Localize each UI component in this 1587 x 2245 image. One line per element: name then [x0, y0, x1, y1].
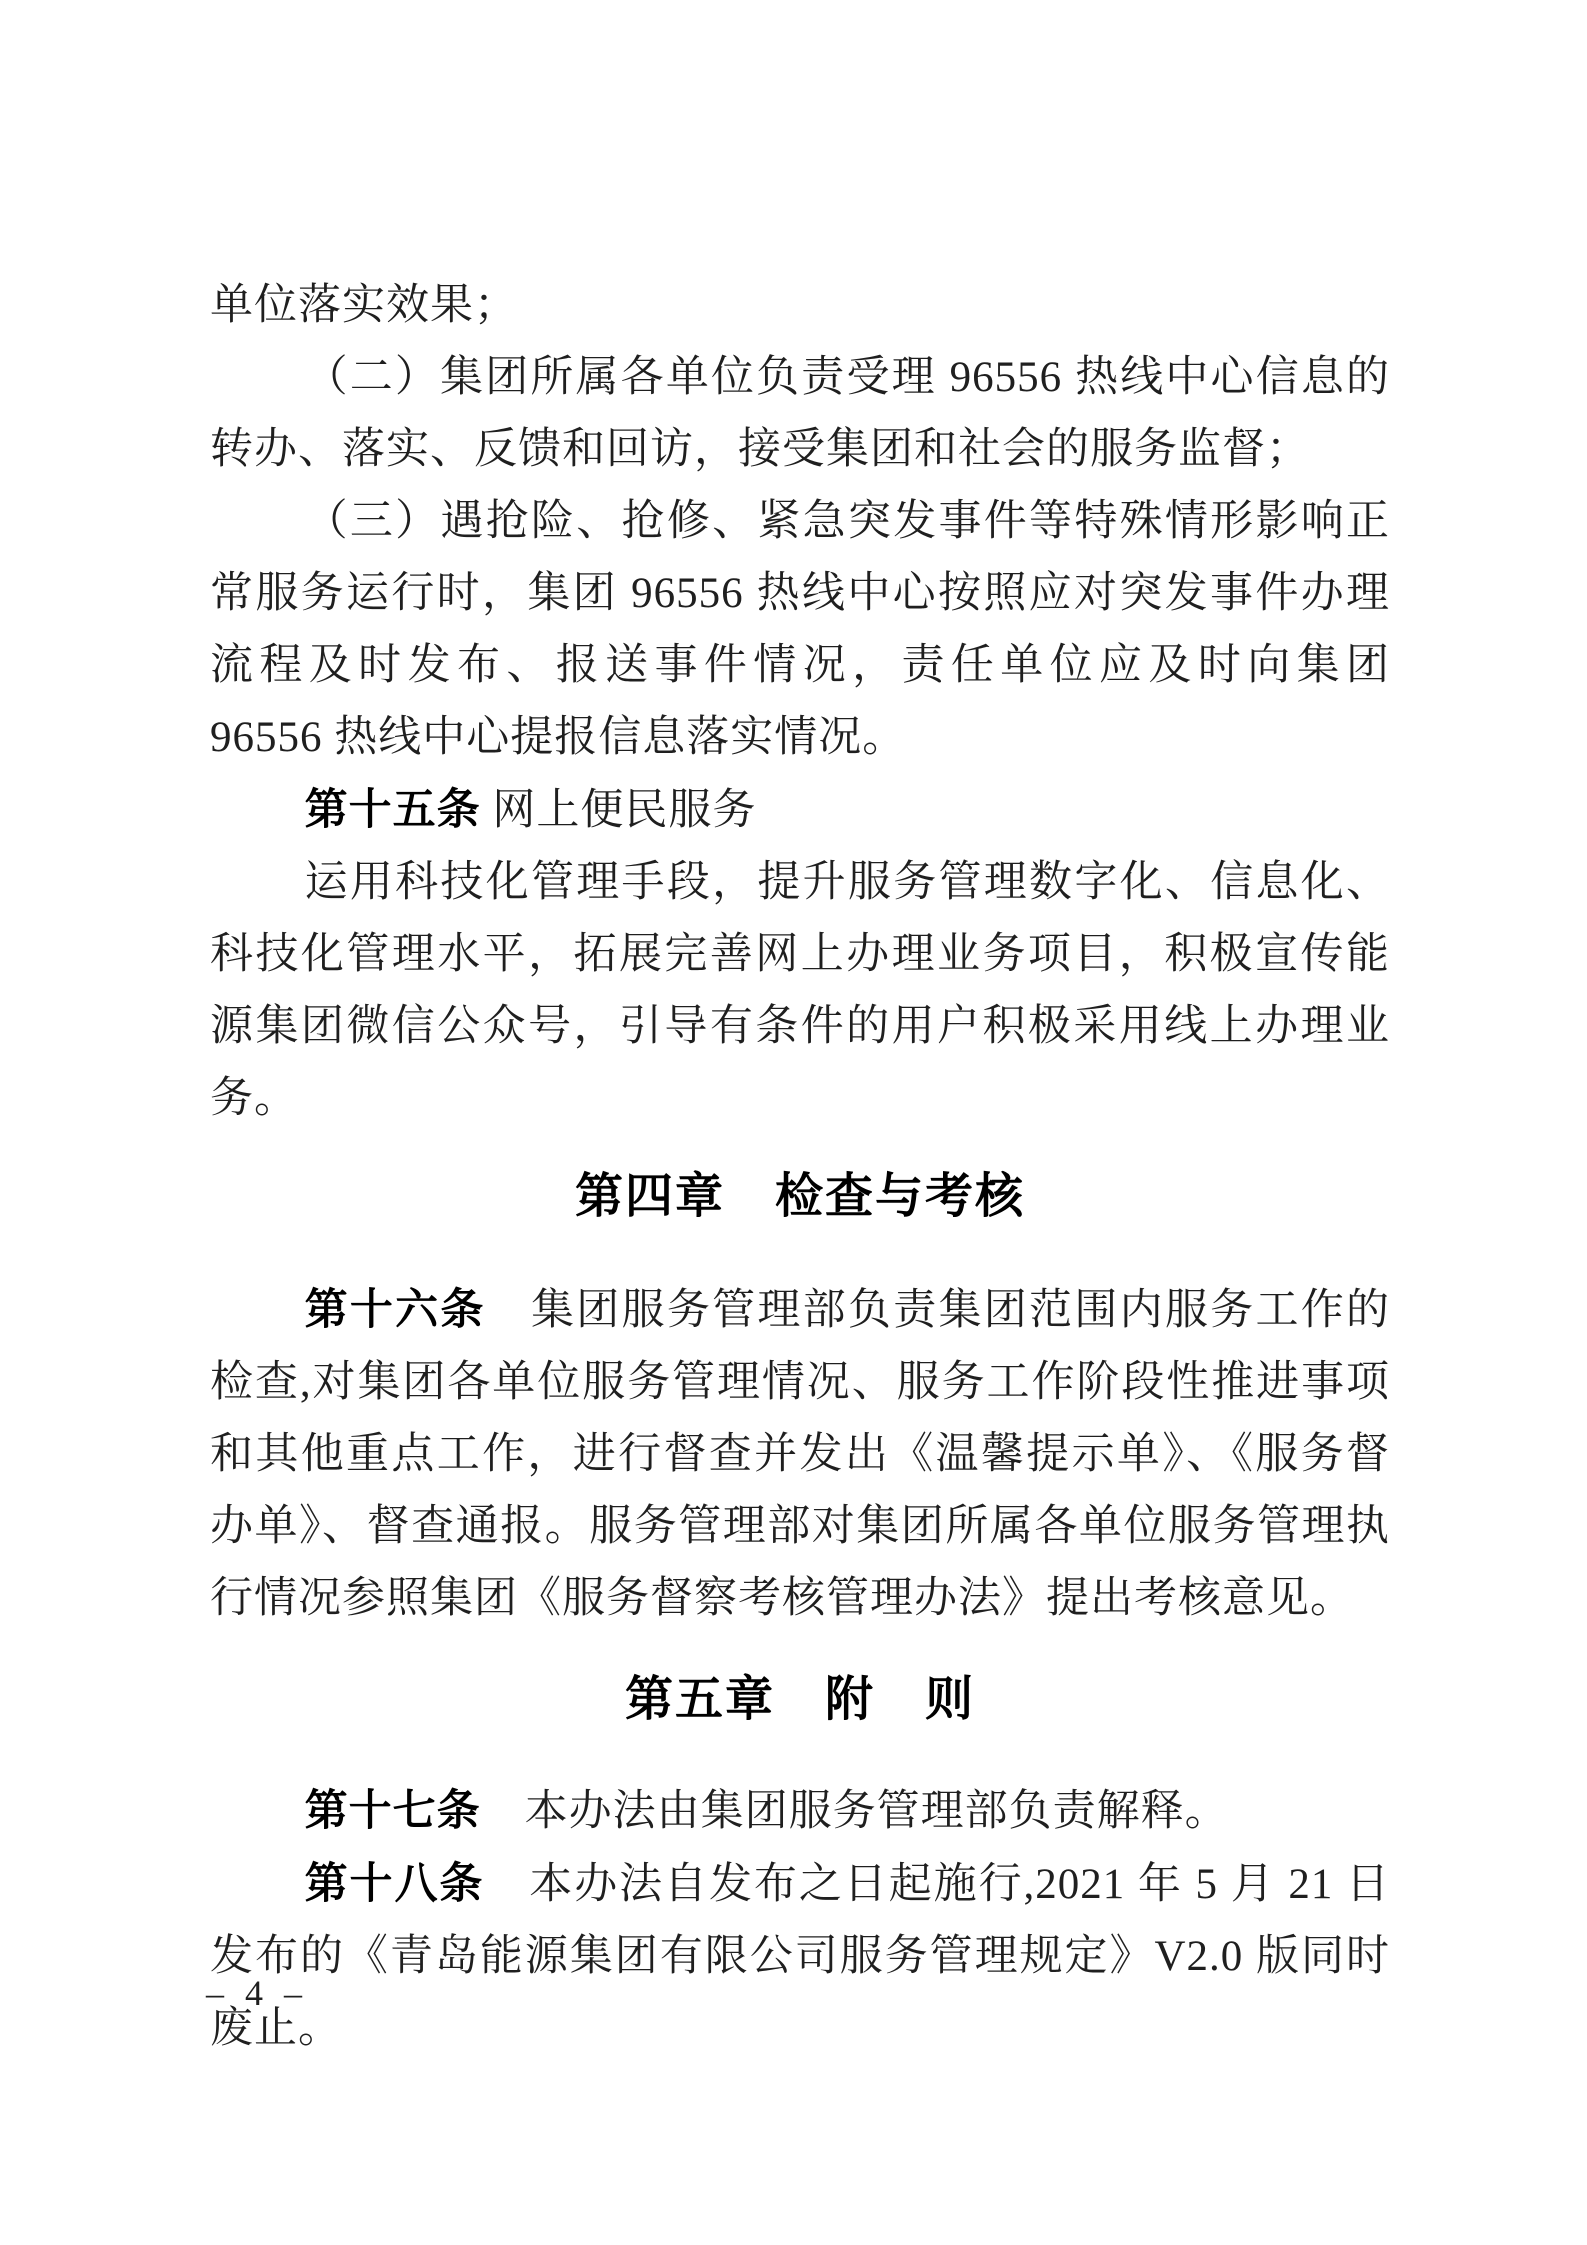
paragraph-item-three: （三）遇抢险、抢修、紧急突发事件等特殊情形影响正常服务运行时，集团 96556 …: [210, 486, 1390, 774]
paragraph-text: 网上便民服务: [481, 787, 757, 834]
paragraph-text: 本办法由集团服务管理部负责解释。: [481, 1788, 1229, 1835]
paragraph-article-16: 第十六条 集团服务管理部负责集团范围内服务工作的检查,对集团各单位服务管理情况、…: [210, 1274, 1390, 1635]
page-number: – 4 –: [206, 1972, 308, 2014]
document-body: 单位落实效果； （二）集团所属各单位负责受理 96556 热线中心信息的转办、落…: [210, 270, 1390, 2065]
paragraph-continuation: 单位落实效果；: [210, 270, 1390, 342]
chapter-4-heading: 第四章 检查与考核: [210, 1161, 1390, 1233]
paragraph-text: 单位落实效果；: [210, 282, 518, 329]
article-18-label: 第十八条: [305, 1860, 485, 1908]
paragraph-article-18: 第十八条 本办法自发布之日起施行,2021 年 5 月 21 日发布的《青岛能源…: [210, 1848, 1390, 2065]
article-17-label: 第十七条: [305, 1787, 481, 1835]
chapter-5-heading: 第五章 附 则: [210, 1664, 1390, 1736]
paragraph-article-15-body: 运用科技化管理手段，提升服务管理数字化、信息化、科技化管理水平，拓展完善网上办理…: [210, 847, 1390, 1135]
paragraph-text: 集团服务管理部负责集团范围内服务工作的检查,对集团各单位服务管理情况、服务工作阶…: [210, 1287, 1390, 1622]
paragraph-text: 运用科技化管理手段，提升服务管理数字化、信息化、科技化管理水平，拓展完善网上办理…: [210, 859, 1390, 1122]
paragraph-article-15: 第十五条 网上便民服务: [210, 774, 1390, 847]
paragraph-text: （二）集团所属各单位负责受理 96556 热线中心信息的转办、落实、反馈和回访，…: [210, 354, 1390, 473]
paragraph-item-two: （二）集团所属各单位负责受理 96556 热线中心信息的转办、落实、反馈和回访，…: [210, 342, 1390, 486]
paragraph-text: （三）遇抢险、抢修、紧急突发事件等特殊情形影响正常服务运行时，集团 96556 …: [210, 498, 1390, 761]
article-16-label: 第十六条: [305, 1286, 486, 1334]
document-page: 单位落实效果； （二）集团所属各单位负责受理 96556 热线中心信息的转办、落…: [0, 0, 1587, 2245]
article-15-label: 第十五条: [305, 786, 481, 834]
paragraph-article-17: 第十七条 本办法由集团服务管理部负责解释。: [210, 1775, 1390, 1848]
